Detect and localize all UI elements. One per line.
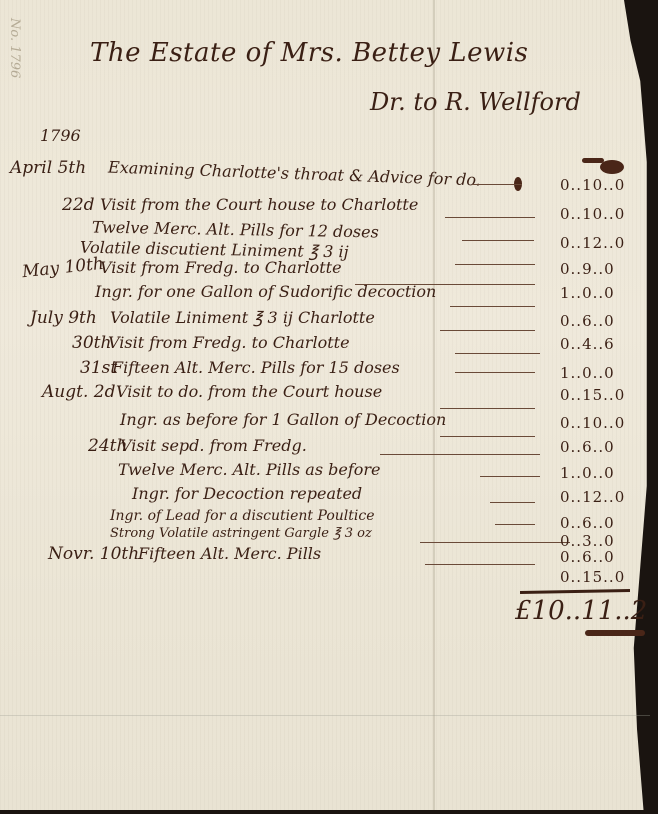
entry-description: Volatile Liniment ℥ 3 ij Charlotte [110,308,375,327]
entry-description: Ingr. of Lead for a discutient Poultice [110,508,374,524]
entry-description: Visit to do. from the Court house [116,382,382,401]
leader-line [450,306,535,307]
year-heading: 1796 [40,126,81,145]
entry-row: Twelve Merc. Alt. Pills as before 1..0..… [0,460,650,486]
leader-line [495,524,535,525]
entry-amount: 0..9..0 [560,260,615,278]
margin-note: No. 1796 [7,18,22,78]
entry-amount: 1..0..0 [560,464,615,482]
total-amount: £10..11..2 [515,596,647,626]
leader-line [490,502,535,503]
entry-amount: 1..0..0 [560,364,615,382]
leader-line [440,330,535,331]
entry-date: Augt. 2d [42,382,115,402]
entry-date: April 5th [10,158,86,178]
entry-row: Augt. 2d Visit to do. from the Court hou… [0,382,650,408]
entry-amount: 0..15..0 [560,568,625,586]
entry-row: July 9th Volatile Liniment ℥ 3 ij Charlo… [0,308,650,334]
entry-row: 24th Visit sepd. from Fredg. 0..6..0 [0,436,650,462]
leader-line [420,542,570,543]
leader-line [455,353,540,354]
entry-description: Visit from the Court house to Charlotte [100,195,418,214]
creditor-line: Dr. to R. Wellford [370,88,581,116]
leader-line [455,372,535,373]
entry-description: Examining Charlotte's throat & Advice fo… [108,157,481,189]
entry-amount: 0..12..0 [560,488,625,506]
entry-description: Visit from Fredg. to Charlotte [100,258,342,277]
entry-row: 0..15..0 [0,566,650,592]
leader-line [472,184,522,185]
entry-description: Ingr. for one Gallon of Sudorific decoct… [95,282,436,301]
entry-amount: 0..10..0 [560,176,625,194]
entry-amount: 0..4..6 [560,335,615,353]
leader-line [425,564,535,565]
entry-description: Twelve Merc. Alt. Pills as before [118,460,381,479]
leader-line [440,408,535,409]
entry-row: 31st Fifteen Alt. Merc. Pills for 15 dos… [0,358,650,384]
entry-description: Visit from Fredg. to Charlotte [108,333,350,352]
leader-line [380,454,540,455]
leader-line [445,217,535,218]
entry-row: April 5th Examining Charlotte's throat &… [0,162,650,188]
entry-amount: 0..6..0 [560,548,615,566]
document-title: The Estate of Mrs. Bettey Lewis [90,38,528,68]
entry-date: 22d [62,195,95,215]
entry-description: Fifteen Alt. Merc. Pills for 15 doses [112,358,400,377]
entry-date: July 9th [30,308,97,328]
entry-row: Ingr. for Decoction repeated 0..12..0 [0,484,650,510]
entry-amount: 0..6..0 [560,312,615,330]
leader-line [480,476,540,477]
entry-row: Ingr. as before for 1 Gallon of Decoctio… [0,410,650,436]
entry-row: 30th Visit from Fredg. to Charlotte 0..4… [0,333,650,359]
ink-blot [585,630,645,636]
entry-description: Ingr. as before for 1 Gallon of Decoctio… [120,410,446,429]
entry-description: Strong Volatile astringent Gargle ℥ 3 oz [110,526,372,541]
entry-amount: 1..0..0 [560,284,615,302]
entry-amount: 0..15..0 [560,386,625,404]
entry-date: Novr. 10th [48,544,139,564]
entry-amount: 0..10..0 [560,414,625,432]
fold-line-horizontal [0,715,650,716]
entry-description: Ingr. for Decoction repeated [132,484,362,503]
entry-amount: 0..6..0 [560,438,615,456]
entry-date: May 10th [21,254,105,282]
entry-description: Visit sepd. from Fredg. [120,436,307,455]
entry-row: May 10th Visit from Fredg. to Charlotte … [0,258,650,284]
entry-row: Ingr. for one Gallon of Sudorific decoct… [0,282,650,308]
entry-description: Fifteen Alt. Merc. Pills [138,544,321,563]
entry-date: 30th [72,333,111,353]
